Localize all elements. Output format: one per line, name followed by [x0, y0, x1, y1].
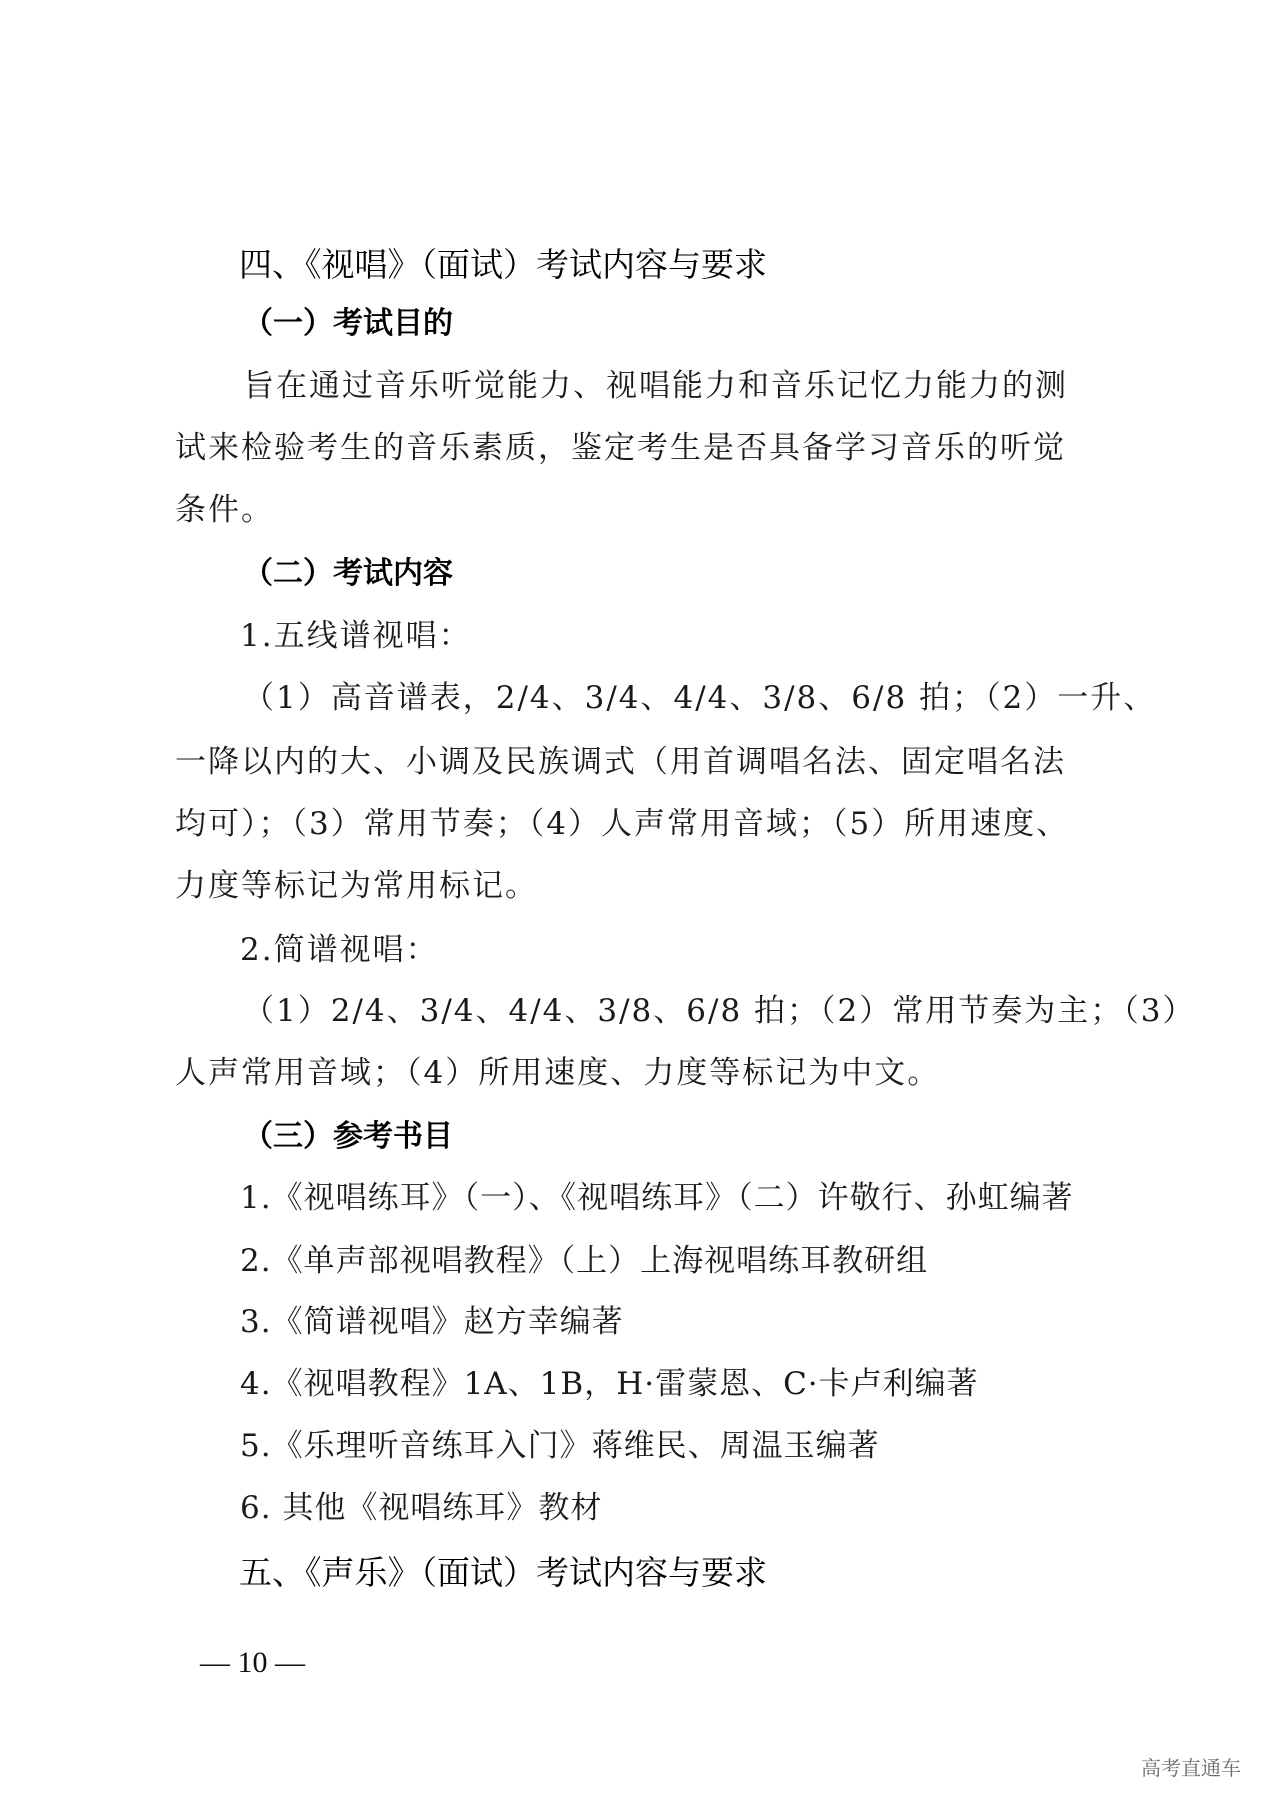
reference-item: 3.《简谱视唱》赵方幸编著 [240, 1307, 624, 1338]
paragraph-line: 条件。 [175, 495, 274, 526]
reference-item: 6. 其他《视唱练耳》教材 [240, 1493, 602, 1524]
reference-item: 4.《视唱教程》1A、1B，H·雷蒙恩、C·卡卢利编著 [240, 1369, 979, 1400]
paragraph-line: 人声常用音域；（4）所用速度、力度等标记为中文。 [175, 1058, 940, 1089]
subsection-heading-purpose: （一）考试目的 [243, 309, 453, 339]
paragraph-line: 力度等标记为常用标记。 [175, 871, 538, 902]
paragraph-line: 旨在通过音乐听觉能力、视唱能力和音乐记忆力能力的测 [243, 371, 1068, 402]
item-title-staff-sightsinging: 1.五线谱视唱： [240, 621, 472, 652]
item-title-numbered-sightsinging: 2.简谱视唱： [240, 935, 439, 966]
paragraph-line: 均可）；（3）常用节奏；（4）人声常用音域；（5）所用速度、 [175, 809, 1069, 840]
reference-item: 5.《乐理听音练耳入门》蒋维民、周温玉编著 [240, 1431, 880, 1462]
watermark: 高考直通车 [1141, 1758, 1241, 1778]
paragraph-line: 一降以内的大、小调及民族调式（用首调唱名法、固定唱名法 [175, 747, 1066, 778]
subsection-heading-references: （三）参考书目 [243, 1122, 453, 1152]
section-heading-4: 四、《视唱》（面试）考试内容与要求 [239, 248, 767, 281]
paragraph-line: 试来检验考生的音乐素质，鉴定考生是否具备学习音乐的听觉 [175, 433, 1066, 464]
paragraph-line: （1）高音谱表，2/4、3/4、4/4、3/8、6/8 拍；（2）一升、 [243, 683, 1156, 714]
reference-item: 2.《单声部视唱教程》（上）上海视唱练耳教研组 [240, 1246, 928, 1277]
reference-item: 1.《视唱练耳》（一）、《视唱练耳》（二）许敬行、孙虹编著 [240, 1183, 1074, 1214]
section-heading-5: 五、《声乐》（面试）考试内容与要求 [239, 1556, 767, 1589]
page-number: — 10 — [200, 1648, 305, 1678]
paragraph-line: （1）2/4、3/4、4/4、3/8、6/8 拍；（2）常用节奏为主；（3） [243, 996, 1195, 1027]
subsection-heading-content: （二）考试内容 [243, 559, 453, 589]
